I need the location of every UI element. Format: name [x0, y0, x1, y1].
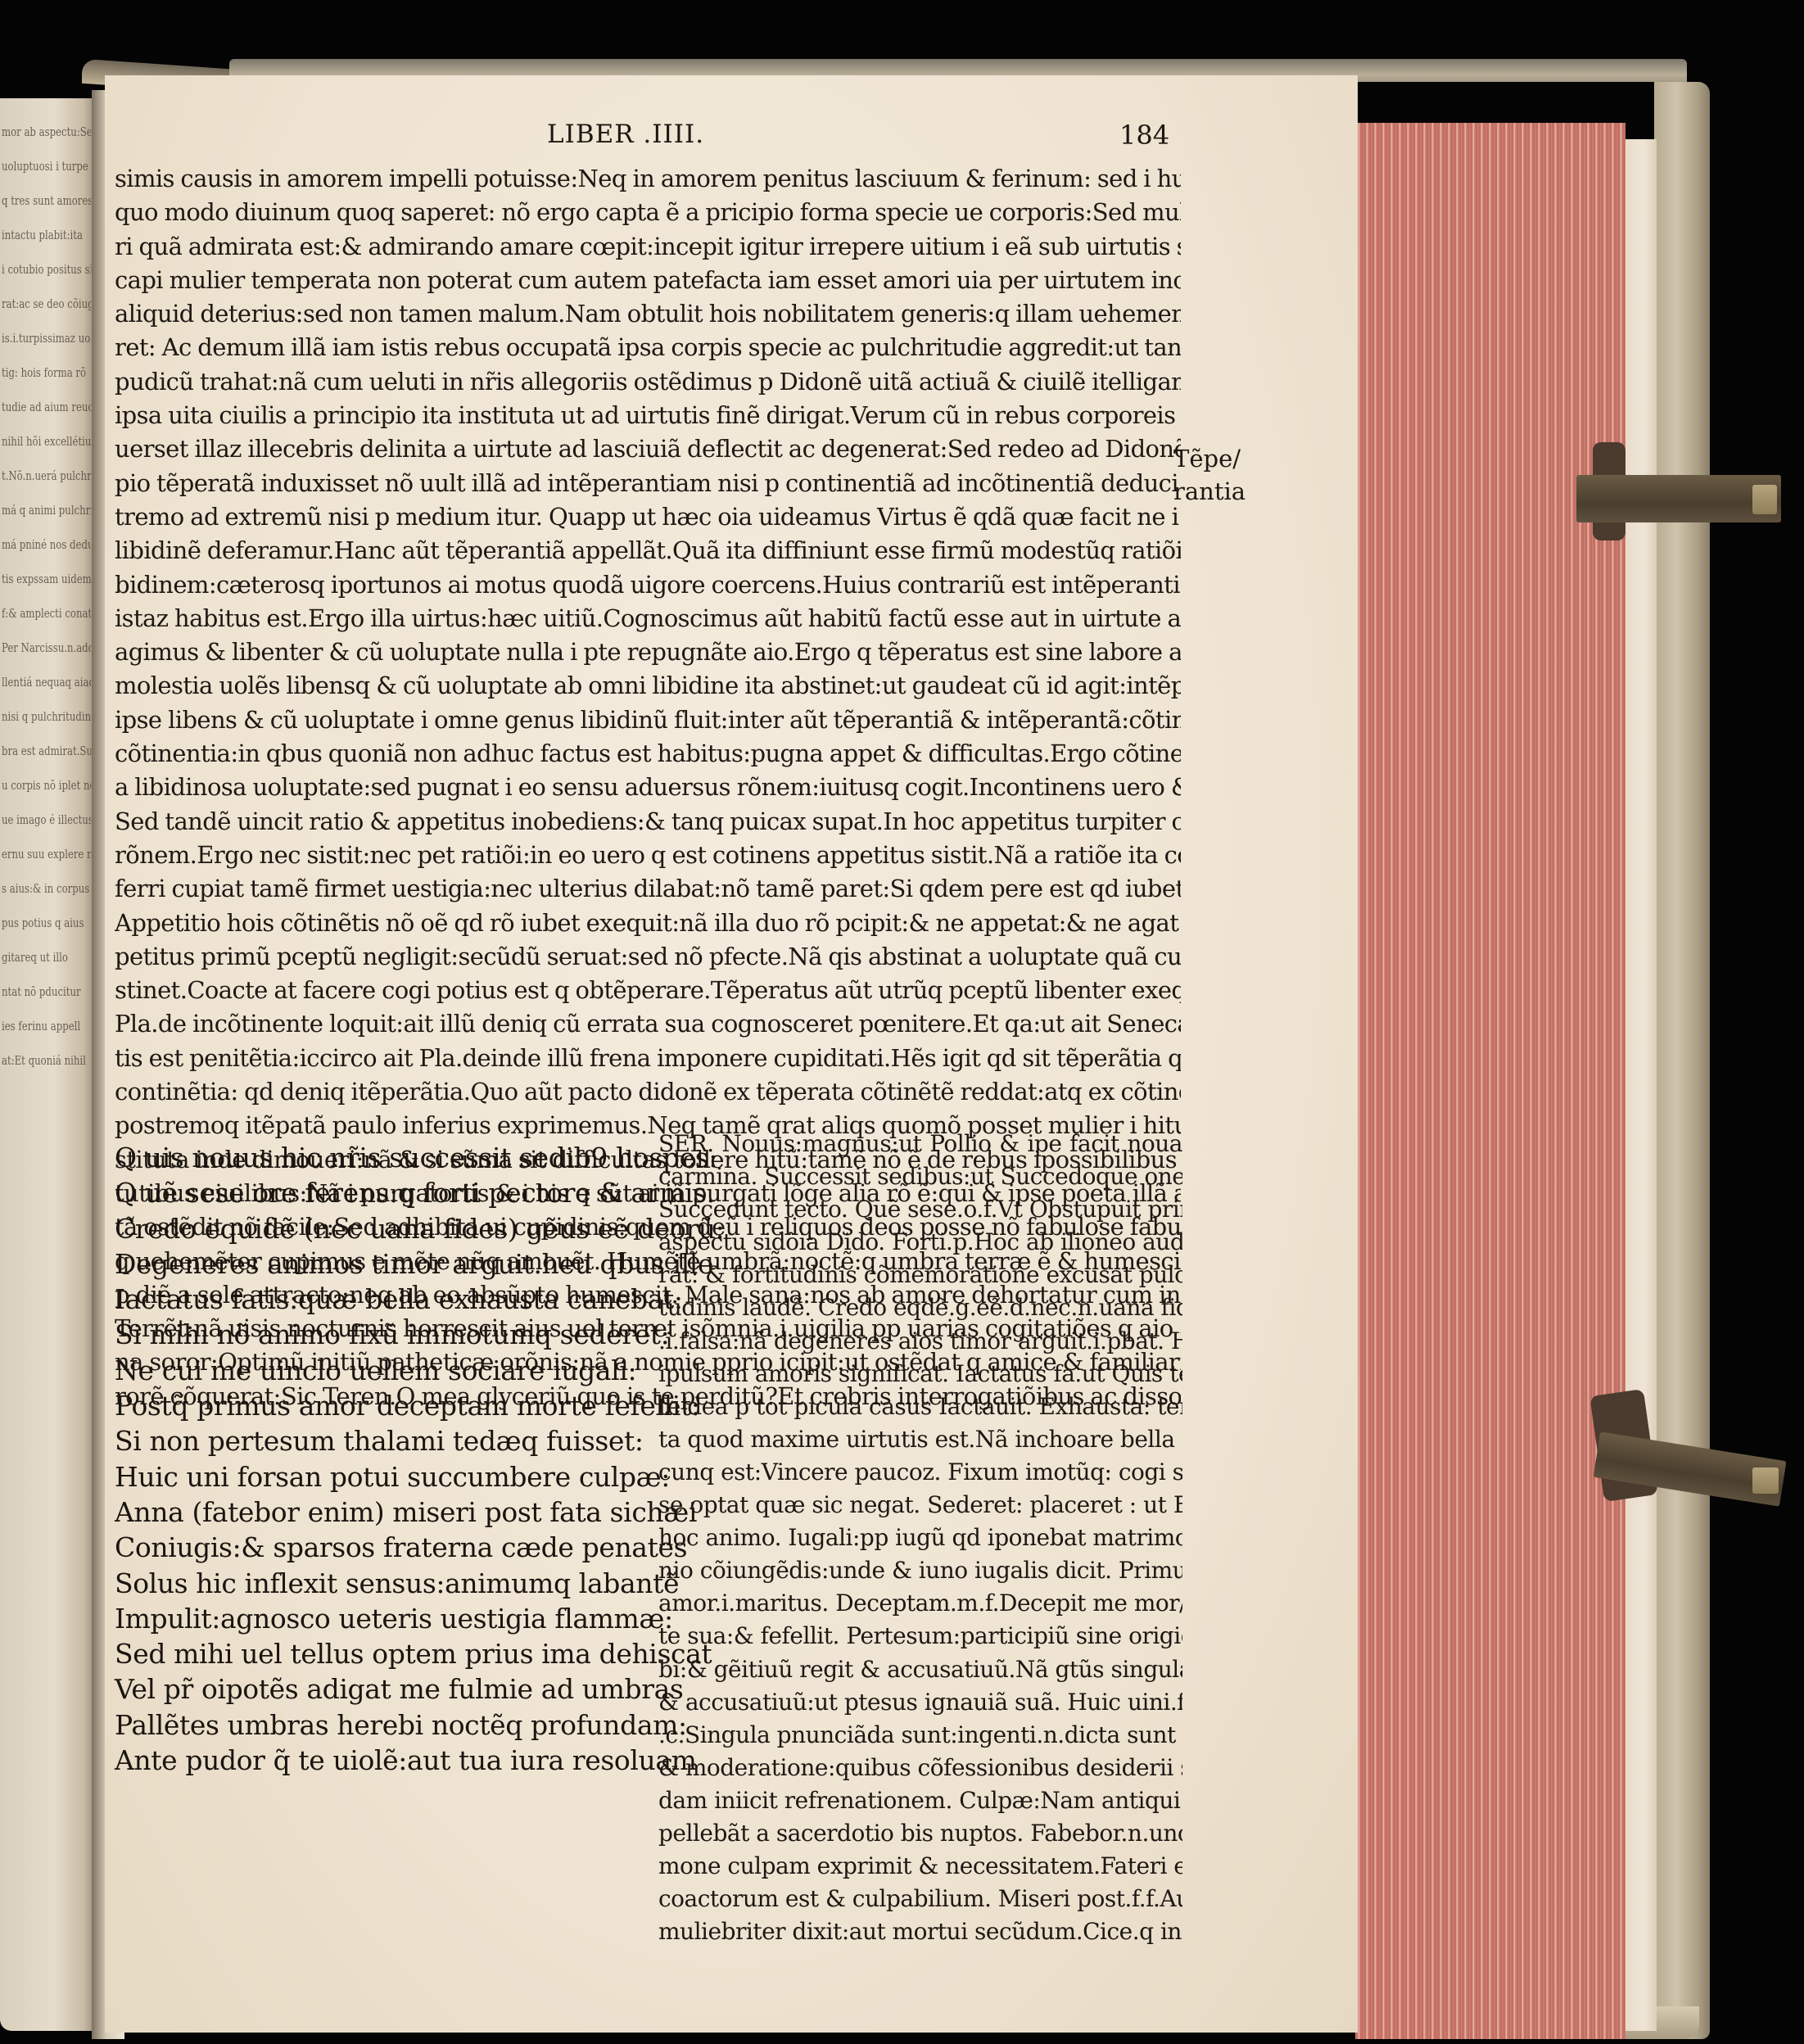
text-line: libidinẽ deferamur.Hanc aũt tẽperantiã a… — [115, 534, 1181, 568]
left-page-text-fragment: ue imago é illectus taq — [2, 811, 91, 829]
text-line: simis causis in amorem impelli potuisse:… — [115, 162, 1181, 196]
left-page-text-fragment: i cotubio positus sit — [2, 260, 91, 278]
text-line: uerset illaz illecebris delinita a uirtu… — [115, 432, 1181, 466]
verse-line: Pallẽtes umbras herebi noctẽq profundam: — [115, 1707, 647, 1743]
commentary-line: coactorum est & culpabilium. Miseri post… — [658, 1883, 1182, 1915]
clasp-strap — [1576, 475, 1781, 522]
text-line: petitus primũ pceptũ negligit:secũdũ ser… — [115, 940, 1181, 974]
text-line: ferri cupiat tamẽ firmet uestigia:nec ul… — [115, 872, 1181, 906]
commentary-line: .c.Singula pnunciãda sunt:ingenti.n.dict… — [658, 1719, 1182, 1752]
text-line: pio tẽperatã induxisset nõ uult illã ad … — [115, 467, 1181, 500]
text-line: Pla.de incõtinente loquit:ait illũ deniq… — [115, 1007, 1181, 1041]
left-page-text-fragment: tis expssam uidemu — [2, 570, 91, 588]
text-line: a libidinosa uoluptate:sed pugnat i eo s… — [115, 771, 1181, 804]
text-line: stinet.Coacte at facere cogi potius est … — [115, 974, 1181, 1007]
commentary-line: cunq est:Vincere paucoz. Fixum imotũq: c… — [658, 1456, 1182, 1489]
left-page-text-fragment: gitareq ut illo — [2, 948, 91, 966]
left-page-text-fragment: t.Nõ.n.uerá pulchritu — [2, 467, 91, 485]
commentary-line: se optat quæ sic negat. Sederet: placere… — [658, 1489, 1182, 1522]
left-page-text-fragment: ernu suu explere nuq po — [2, 845, 91, 863]
left-page-text-fragment: u corpis nõ iplet neq fa — [2, 776, 91, 794]
commentary-line: aspectu sidõia Dido. Forti.p.Hoc ab ilio… — [658, 1226, 1182, 1259]
left-page-text-fragment: má pniné nos deduc — [2, 536, 91, 554]
text-line: cõtinentia:in qbus quoniã non adhuc fact… — [115, 737, 1181, 771]
commentary-line: & accusatiuũ:ut ptesus ignauiã suã. Huic… — [658, 1686, 1182, 1719]
verse-line: Vel pr̃ oipotẽs adigat me fulmie ad umbr… — [115, 1671, 647, 1707]
commentary-line: nio cõiungẽdis:unde & iuno iugalis dicit… — [658, 1554, 1182, 1587]
verse-line: Si mihi nõ animo fixũ immotumq sederet: — [115, 1317, 647, 1352]
verse-line: Impulit:agnosco ueteris uestigia flammæ: — [115, 1601, 647, 1636]
text-line: capi mulier temperata non poterat cum au… — [115, 264, 1181, 297]
verse-line: Iactatus fatis:quæ bella exhausta caneba… — [115, 1282, 647, 1317]
commentary-line: ipulsum amoris significat. Iactatus fa.u… — [658, 1358, 1182, 1391]
verse-line: Huic uni forsan potui succumbere culpæ: — [115, 1459, 647, 1495]
commentary-line: Succedunt tecto. Quẽ sese.o.f.Vt Obstupu… — [658, 1193, 1182, 1226]
left-page-text-fragment: s aius:& in corpus — [2, 880, 91, 898]
left-page-text-fragment: Per Narcissu.n.adolesc — [2, 639, 91, 657]
text-line: Sed tandẽ uincit ratio & appetitus inobe… — [115, 805, 1181, 839]
text-line: molestia uolẽs libensq & cũ uoluptate ab… — [115, 669, 1181, 703]
left-page-text-fragment: ntat nõ pducitur — [2, 983, 91, 1001]
marginal-note-line: rantia — [1173, 475, 1246, 508]
running-head: LIBER .IIII. — [547, 120, 704, 149]
left-page-text-fragment: tig: hois forma rõ — [2, 364, 91, 382]
text-line: quo modo diuinum quoq saperet: nõ ergo c… — [115, 196, 1181, 229]
left-page-verso-edge: mor ab aspectu:Sed amuoluptuosi i turpe … — [0, 98, 98, 2031]
servius-commentary-column: SER. Nouus:magnus:ut Pollio & ipe facit … — [658, 1128, 1182, 1948]
commentary-line: tudinis laudẽ. Credo eqdẽ.g.eẽ.d.nec.n.u… — [658, 1291, 1182, 1324]
verse-text-block: Q uis nouus hic nr̃is successit sedib9 h… — [115, 1140, 647, 1778]
text-line: ri quã admirata est:& admirando amare cœ… — [115, 230, 1181, 264]
verse-line: Credo equidẽ (nec uana fides) gẽus eẽ de… — [115, 1211, 647, 1246]
folio-number: 184 — [1119, 120, 1169, 151]
page-edge-margin — [1625, 139, 1657, 2031]
left-page-text-fragment: is.i.turpissimaz uolu — [2, 329, 91, 347]
marginal-note-line: Tẽpe/ — [1173, 442, 1246, 475]
text-line: rõnem.Ergo nec sistit:nec pet ratiõi:in … — [115, 839, 1181, 872]
commentary-line: te sua:& fefellit. Pertesum:participiũ s… — [658, 1620, 1182, 1653]
text-line: ipse libens & cũ uoluptate i omne genus … — [115, 703, 1181, 737]
text-line: pudicũ trahat:nã cum ueluti in nr̃is all… — [115, 365, 1181, 399]
left-page-text-fragment: uoluptuosi i turpe — [2, 157, 91, 175]
left-page-text-fragment: llentiá nequaq aiaduer — [2, 673, 91, 691]
verse-line: Degeneres animos timor arguit.heu qbus i… — [115, 1246, 647, 1282]
commentary-line: amor.i.maritus. Deceptam.m.f.Decepit me … — [658, 1587, 1182, 1620]
verse-line: Anna (fatebor enim) miseri post fata sic… — [115, 1495, 647, 1530]
clasp-brass-catch — [1752, 485, 1777, 514]
verse-line: Sed mihi uel tellus optem prius ima dehi… — [115, 1636, 647, 1671]
clasp-brass-catch — [1752, 1467, 1779, 1494]
text-line: bidinem:cæterosq iportunos ai motus quod… — [115, 568, 1181, 602]
commentary-line: bi:& gẽitiuũ regit & accusatiuũ.Nã gtũs … — [658, 1653, 1182, 1686]
verse-line: Q uẽ sese ore ferens:q forti pectore & a… — [115, 1175, 647, 1210]
commentary-line: dam iniicit refrenationem. Culpæ:Nam ant… — [658, 1784, 1182, 1817]
verse-line: Postq̃ primus amor deceptam morte fefell… — [115, 1388, 647, 1423]
verse-line: Coniugis:& sparsos fraterna cæde penates — [115, 1530, 647, 1565]
text-line: istaz habitus est.Ergo illa uirtus:hæc u… — [115, 602, 1181, 635]
commentary-line: SER. Nouus:magnus:ut Pollio & ipe facit … — [658, 1128, 1182, 1160]
left-page-text-fragment: tudie ad aium reuoca — [2, 398, 91, 416]
text-line: agimus & libenter & cũ uoluptate nulla i… — [115, 635, 1181, 669]
left-page-text-fragment: má q animi pulchritu — [2, 501, 91, 519]
verse-line: Si non pertesum thalami tedæq fuisset: — [115, 1423, 647, 1458]
commentary-line: muliebriter dixit:aut mortui secũdum.Cic… — [658, 1915, 1182, 1948]
vellum-board-right-edge — [1654, 82, 1710, 2039]
left-page-text-fragment: f:& amplecti conat: — [2, 604, 91, 622]
text-line: continẽtia: qd deniq itẽperãtia.Quo aũt … — [115, 1075, 1181, 1109]
left-page-text-fragment: mor ab aspectu:Sed am — [2, 123, 91, 141]
left-page-text-fragment: ies ferinu appell — [2, 1017, 91, 1035]
commentary-line: te dea p tot picula casus Iactauit. Exha… — [658, 1391, 1182, 1423]
red-stained-fore-edge — [1355, 123, 1625, 2039]
text-line: ipsa uita ciuilis a principio ita instit… — [115, 399, 1181, 432]
commentary-line: hoc animo. Iugali:pp iugũ qd iponebat ma… — [658, 1522, 1182, 1554]
left-page-text-fragment: q tres sunt amores — [2, 192, 91, 210]
text-line: Appetitio hois cõtinẽtis nõ oẽ qd rõ iub… — [115, 907, 1181, 940]
verse-line: Q uis nouus hic nr̃is successit sedib9 h… — [115, 1140, 647, 1175]
text-line: aliquid deterius:sed non tamen malum.Nam… — [115, 297, 1181, 331]
left-page-text-fragment: pus potius q aius — [2, 914, 91, 932]
left-page-text-fragment: bra est admirat.Suá er — [2, 742, 91, 760]
left-page-text-fragment: nihil hõi excellétius — [2, 432, 91, 450]
commentary-line: & moderatione:quibus cõfessionibus desid… — [658, 1752, 1182, 1784]
commentary-line: ta quod maxime uirtutis est.Nã inchoare … — [658, 1423, 1182, 1456]
left-page-text-fragment: at:Et quoniá nihil — [2, 1051, 91, 1069]
verse-line: Ante pudor q̃ te uiolẽ:aut tua iura reso… — [115, 1743, 647, 1778]
left-page-text-fragment: nisi q pulchritudinem — [2, 708, 91, 726]
left-page-text-fragment: intactu plabit:ita — [2, 226, 91, 244]
commentary-line: carmina. Successit sedibus:ut Succedoque… — [658, 1160, 1182, 1193]
text-line: ret: Ac demum illã iam istis rebus occup… — [115, 331, 1181, 364]
marginal-note: Tẽpe/ rantia — [1173, 442, 1246, 508]
commentary-line: pellebãt a sacerdotio bis nuptos. Fabebo… — [658, 1817, 1182, 1850]
left-page-text-fragment: rat:ac se deo cõiugat:E — [2, 295, 91, 313]
text-line: tremo ad extremũ nisi p medium itur. Qua… — [115, 500, 1181, 534]
verse-line: Ne cui me uinclo uellem sociare iugali: — [115, 1353, 647, 1388]
verse-line: Solus hic inflexit sensus:animumq labant… — [115, 1566, 647, 1601]
commentary-line: rat: & fortitudinis cõmemoratione excusa… — [658, 1259, 1182, 1291]
commentary-line: mone culpam exprimit & necessitatem.Fate… — [658, 1850, 1182, 1883]
text-line: tis est penitẽtia:iccirco ait Pla.deinde… — [115, 1042, 1181, 1075]
commentary-line: .i.falsa:nã degeneres aios timor arguit.… — [658, 1325, 1182, 1358]
